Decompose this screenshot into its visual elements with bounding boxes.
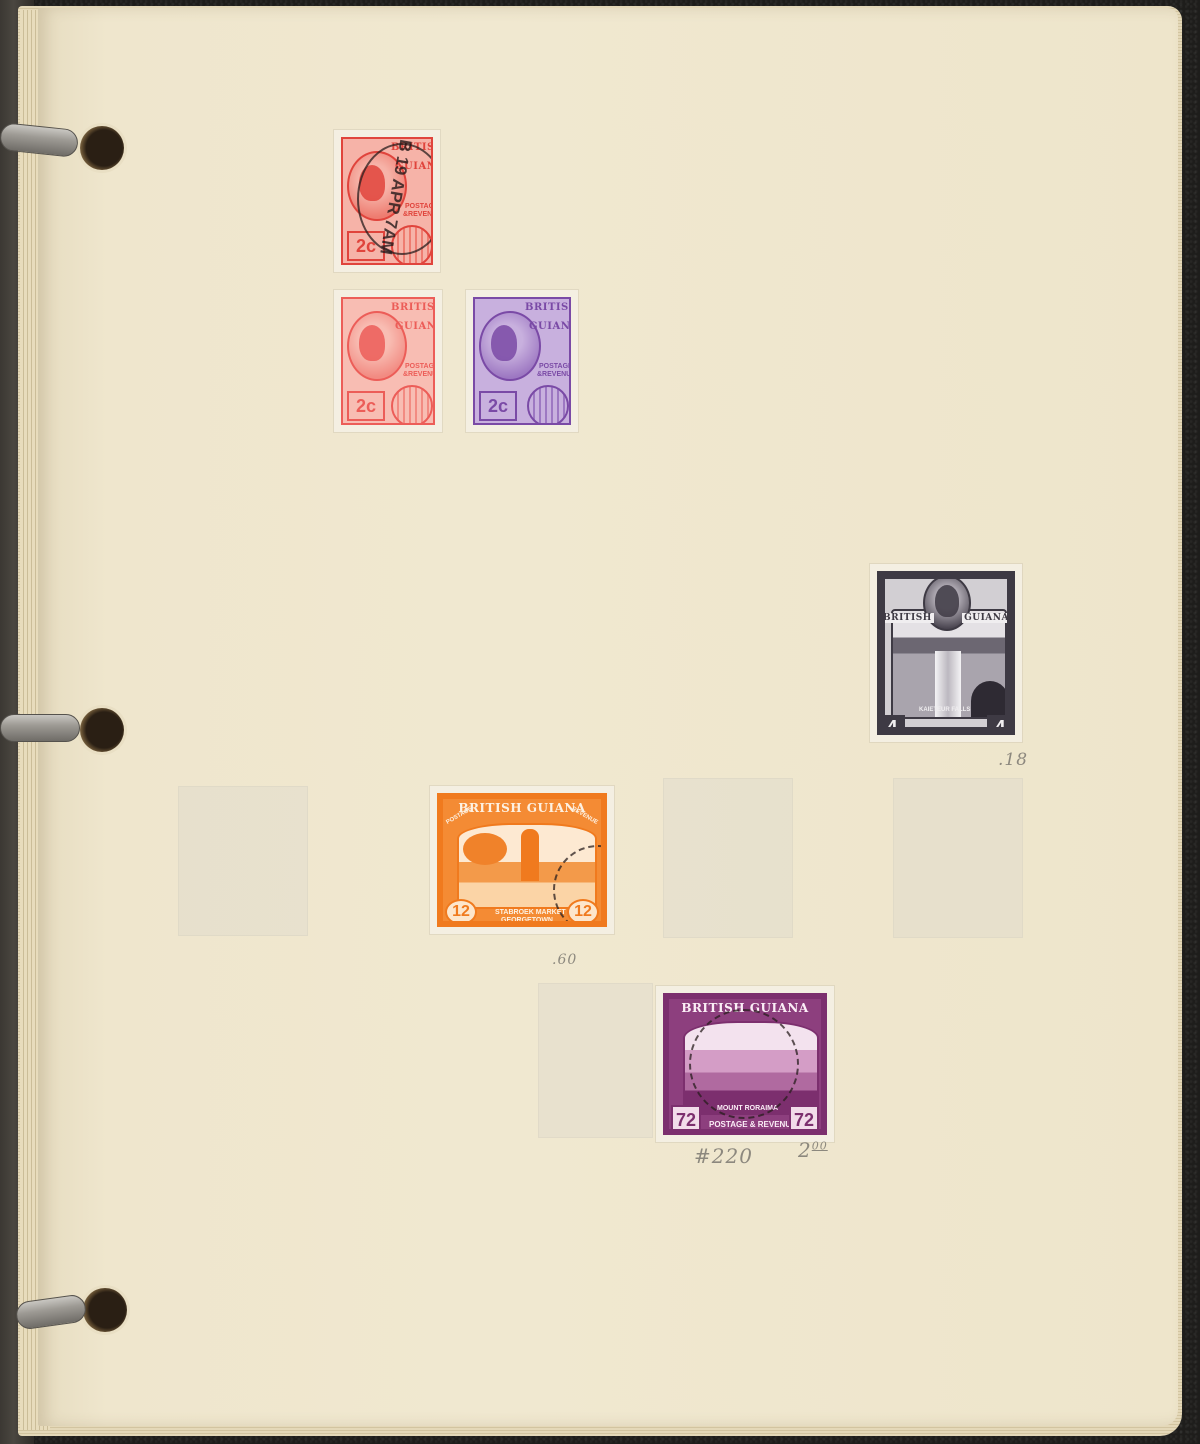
stamp-value-right: 72 bbox=[789, 1105, 819, 1135]
catalog-number-72c: #220 bbox=[694, 1144, 753, 1168]
king-head-icon bbox=[935, 585, 959, 617]
scene-caption-line1: STABROEK MARKET bbox=[495, 909, 566, 916]
price-whole: 2 bbox=[798, 1138, 812, 1162]
empty-stamp-space bbox=[893, 778, 1023, 938]
stamp-2c-red-postmarked[interactable]: BRITISH GUIANA POSTAGE &REVENUE 2c B 19 … bbox=[334, 130, 440, 272]
ring-hole-top bbox=[80, 126, 124, 170]
ship-medallion bbox=[527, 385, 569, 425]
ring-hole-middle bbox=[80, 708, 124, 752]
scene-caption-line2: GEORGETOWN bbox=[501, 917, 553, 924]
stamp-2c-violet[interactable]: BRITISH GUIANA POSTAGE &REVENUE 2c bbox=[466, 290, 578, 432]
king-head-icon bbox=[359, 165, 385, 201]
stamp-inscription: POSTAGE & REVENUE bbox=[709, 1121, 796, 1129]
album-page: BRITISH GUIANA POSTAGE &REVENUE 2c B 19 … bbox=[38, 8, 1178, 1426]
stamp-country: BRITISH GUIANA bbox=[669, 1001, 821, 1015]
scene-caption: KAIETEUR FALLS bbox=[919, 707, 970, 713]
ring-hole-bottom bbox=[83, 1288, 127, 1332]
stamp-country-line1: BRITISH bbox=[525, 302, 569, 313]
tree-icon bbox=[463, 833, 507, 865]
stamp-72c-mount-roraima[interactable]: BRITISH GUIANA MOUNT RORAIMA POSTAGE & R… bbox=[656, 986, 834, 1142]
stamp-country-line1: BRITISH bbox=[391, 302, 433, 313]
stamp-value-right: 4 bbox=[987, 715, 1013, 735]
stamp-value-left: 72 bbox=[671, 1105, 701, 1135]
stamp-value-left: 12 bbox=[445, 899, 477, 925]
stamp-value-left: 4 bbox=[879, 715, 905, 735]
price-cents: 00 bbox=[812, 1139, 828, 1152]
foliage-icon bbox=[971, 681, 1007, 719]
price-note-72c: 200 bbox=[798, 1138, 828, 1162]
stamp-value: 2c bbox=[347, 391, 385, 421]
stamp-country-line2: GUIANA bbox=[395, 321, 433, 332]
stamp-value: 2c bbox=[479, 391, 517, 421]
market-scene bbox=[457, 823, 597, 909]
price-note-12c: .60 bbox=[552, 952, 577, 968]
stamp-2c-rose[interactable]: BRITISH GUIANA POSTAGE &REVENUE 2c bbox=[334, 290, 442, 432]
binder-ring-middle bbox=[0, 714, 80, 742]
stamp-design: BRITISH GUIANA POSTAGE &REVENUE 2c bbox=[341, 297, 435, 425]
stamp-inscription: POSTAGE & REVENUE bbox=[907, 727, 994, 735]
stamp-inscription-line1: POSTAGE bbox=[539, 363, 571, 370]
empty-stamp-space bbox=[663, 778, 793, 938]
scene-caption: MOUNT RORAIMA bbox=[717, 1105, 778, 1112]
empty-stamp-space bbox=[538, 983, 653, 1138]
stamp-design: BRITISH GUIANA POSTAGE &REVENUE 2c bbox=[473, 297, 571, 425]
stamp-inscription-line1: POSTAGE bbox=[405, 363, 435, 370]
stamp-design: BRITISH GUIANA MOUNT RORAIMA POSTAGE & R… bbox=[663, 993, 827, 1135]
stamp-country-left: BRITISH bbox=[881, 613, 934, 623]
stamp-country-right: GUIANA bbox=[962, 613, 1011, 623]
stamp-design: BRITISH GUIANA POSTAGE REVENUE STABROEK … bbox=[437, 793, 607, 927]
stamp-12c-stabroek-market[interactable]: BRITISH GUIANA POSTAGE REVENUE STABROEK … bbox=[430, 786, 614, 934]
stamp-inscription-line2: &REVENUE bbox=[537, 371, 571, 378]
stamp-inscription-line1: POSTAGE bbox=[405, 203, 433, 210]
stamp-country-line2: GUIANA bbox=[529, 321, 569, 332]
stamp-4c-kaieteur-falls[interactable]: BRITISH GUIANA KAIETEUR FALLS 4 4 POSTAG… bbox=[870, 564, 1022, 742]
stamp-inscription-line2: &REVENUE bbox=[403, 371, 435, 378]
stamp-inscription-line2: &REVENUE bbox=[403, 211, 433, 218]
king-head-icon bbox=[491, 325, 517, 361]
stamp-design: BRITISH GUIANA KAIETEUR FALLS 4 4 POSTAG… bbox=[877, 571, 1015, 735]
stamp-design: BRITISH GUIANA POSTAGE &REVENUE 2c B 19 … bbox=[341, 137, 433, 265]
clock-tower-icon bbox=[521, 829, 539, 881]
ship-medallion bbox=[391, 385, 433, 425]
empty-stamp-space bbox=[178, 786, 308, 936]
stamp-value-right: 12 bbox=[567, 899, 599, 925]
king-head-icon bbox=[359, 325, 385, 361]
price-note-4c: .18 bbox=[998, 750, 1028, 770]
mountain-scene bbox=[683, 1021, 819, 1115]
